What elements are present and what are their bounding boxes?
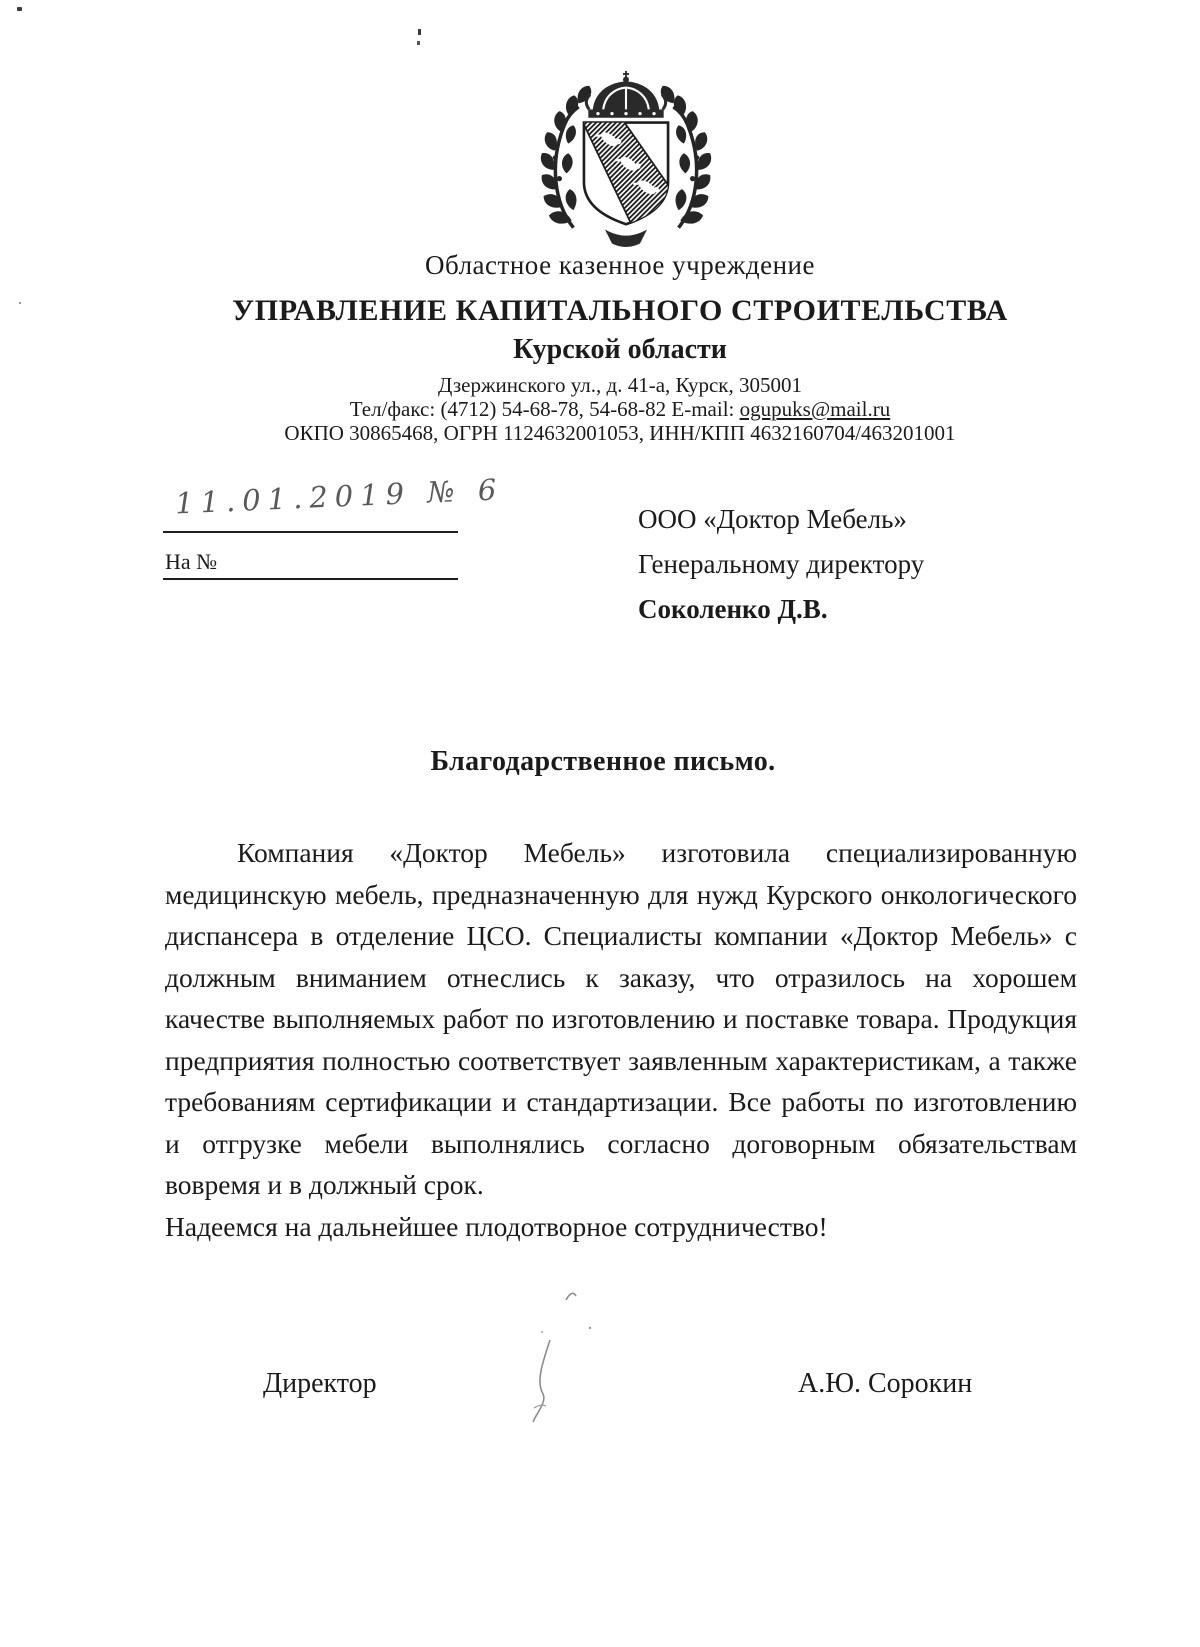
org-type: Областное казенное учреждение <box>40 250 1200 281</box>
signer-name: А.Ю. Сорокин <box>798 1368 972 1400</box>
org-name: УПРАВЛЕНИЕ КАПИТАЛЬНОГО СТРОИТЕЛЬСТВА <box>40 294 1200 328</box>
org-address: Дзержинского ул., д. 41-а, Курск, 305001 <box>40 373 1200 398</box>
letter-title: Благодарственное письмо. <box>0 746 1200 778</box>
scan-speck <box>418 29 421 35</box>
letter-closing: Надеемся на дальнейшее плодотворное сотр… <box>165 1206 1077 1248</box>
org-contacts: Тел/факс: (4712) 54-68-78, 54-68-82 E-ma… <box>40 397 1200 422</box>
letter-paragraph: Компания «Доктор Мебель» изготовила спец… <box>165 832 1077 1206</box>
signer-position: Директор <box>263 1368 377 1400</box>
letter-body: Компания «Доктор Мебель» изготовила спец… <box>165 832 1077 1247</box>
org-registration: ОКПО 30865468, ОГРН 1124632001053, ИНН/К… <box>40 421 1200 446</box>
ribbon <box>605 229 647 247</box>
recipient-company: ООО «Доктор Мебель» <box>638 497 924 542</box>
scan-speck <box>17 7 22 11</box>
handwritten-date-number: 11.01.2019 № 6 <box>174 473 475 520</box>
org-region: Курской области <box>40 334 1200 366</box>
scan-speck <box>19 302 21 304</box>
scan-speck <box>417 41 420 45</box>
phone-fax-text: Тел/факс: (4712) 54-68-78, 54-68-82 E-ma… <box>350 397 740 421</box>
incoming-ref-line <box>163 578 458 580</box>
recipient-position: Генеральному директору <box>638 542 924 587</box>
handwritten-signature-icon <box>520 1278 610 1428</box>
recipient-name: Соколенко Д.В. <box>638 587 924 632</box>
recipient-block: ООО «Доктор Мебель» Генеральному директо… <box>638 497 924 632</box>
incoming-ref-label: На № <box>165 549 217 575</box>
email-text: ogupuks@mail.ru <box>740 397 891 421</box>
scanned-letter-page: Областное казенное учреждение УПРАВЛЕНИЕ… <box>0 0 1200 1647</box>
crown <box>586 71 665 118</box>
kursk-oblast-coat-of-arms-icon <box>538 70 714 254</box>
date-number-line <box>163 531 458 533</box>
